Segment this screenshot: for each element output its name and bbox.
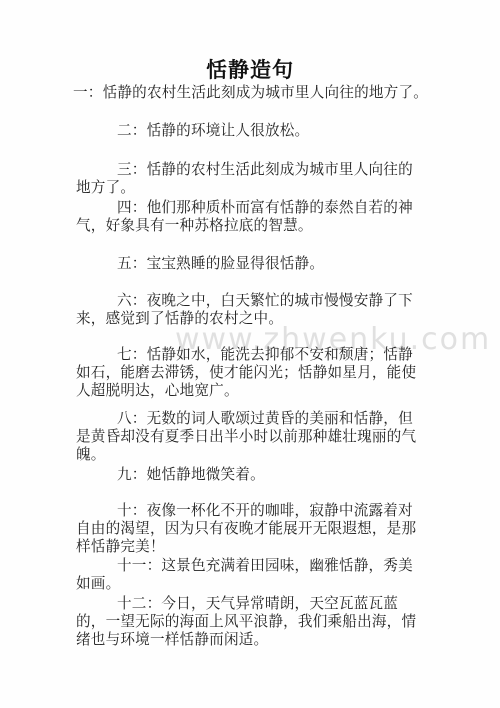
sentence-4: 四：他们那种质朴而富有恬静的泰然自若的神气，好象具有一种苏格拉底的智慧。 [76,199,422,235]
sentence-1: 一：恬静的农村生活此刻成为城市里人向往的地方了。 [73,84,433,102]
sentence-3: 三：恬静的农村生活此刻成为城市里人向往的地方了。 [76,161,422,197]
sentence-5: 五：宝宝熟睡的脸显得很恬静。 [76,255,422,273]
document-page: 恬静造句 一：恬静的农村生活此刻成为城市里人向往的地方了。 二：恬静的环境让人很… [0,0,500,708]
page-title: 恬静造句 [0,57,500,83]
sentence-12: 十二：今日，天气异常晴朗，天空瓦蓝瓦蓝的，一望无际的海面上风平浪静，我们乘船出海… [76,595,422,649]
sentence-6: 六：夜晚之中，白天繁忙的城市慢慢安静了下来，感觉到了恬静的农村之中。 [76,292,422,328]
sentence-9: 九：她恬静地微笑着。 [76,466,422,484]
sentence-2: 二：恬静的环境让人很放松。 [76,122,422,140]
sentence-11: 十一：这景色充满着田园味，幽雅恬静，秀美如画。 [76,557,422,593]
sentence-7: 七：恬静如水，能洗去抑郁不安和颓唐；恬静如石，能磨去滞锈，使才能闪光；恬静如星月… [76,346,422,400]
sentence-10: 十：夜像一杯化不开的咖啡，寂静中流露着对自由的渴望，因为只有夜晚才能展开无限遐想… [76,502,422,556]
sentence-8: 八：无数的词人歌颂过黄昏的美丽和恬静，但是黄昏却没有夏季日出半小时以前那种雄壮瑰… [76,410,422,464]
